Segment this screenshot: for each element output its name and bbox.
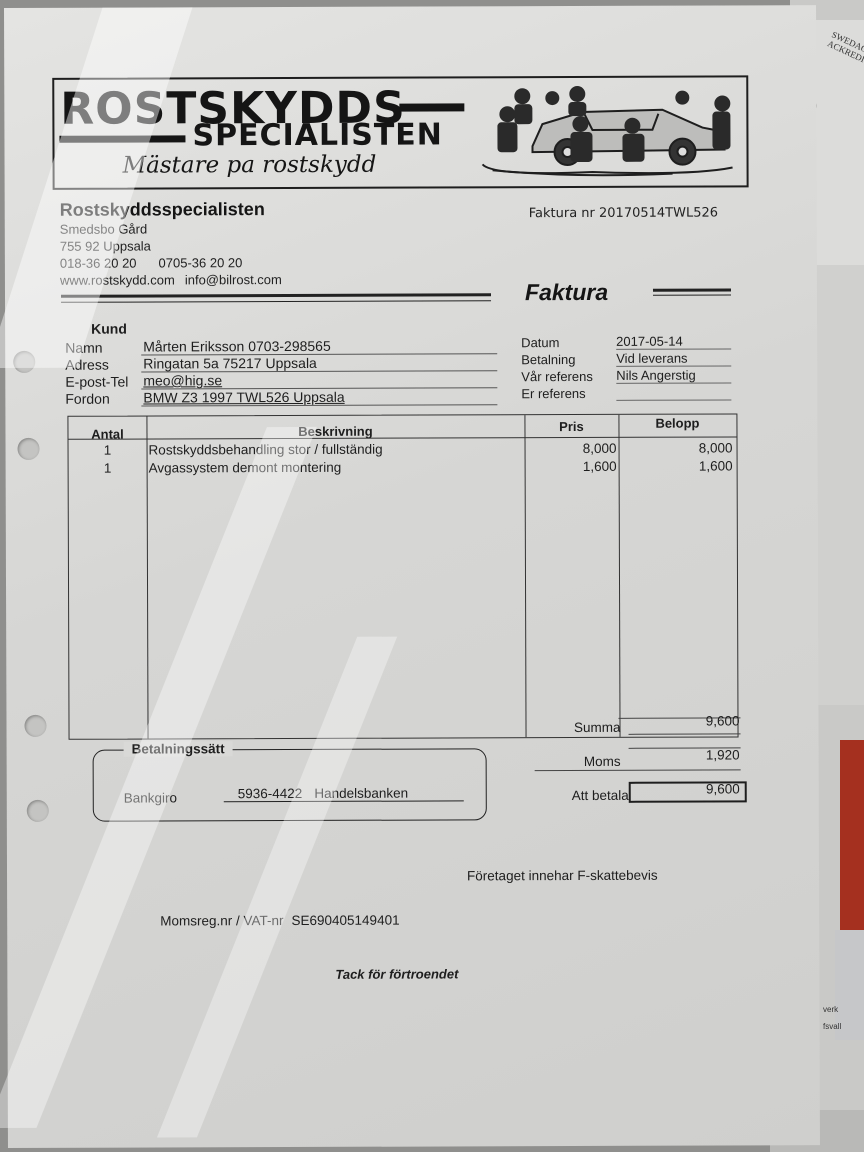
background-red-folder [840, 740, 864, 930]
field-label: E-post-Tel [65, 374, 141, 390]
f-tax-statement: Företaget innehar F-skattebevis [467, 868, 658, 884]
vat-registration: Momsreg.nr / VAT-nrSE690405149401 [160, 913, 399, 929]
customer-vehicle: BMW Z3 1997 TWL526 Uppsala [141, 388, 497, 406]
background-text: fsvall [823, 1022, 841, 1031]
item-qty: 1 [69, 443, 147, 458]
item-description: Rostskyddsbehandling stor / fullständig [149, 442, 383, 458]
customer-email: meo@hig.se [141, 371, 497, 389]
column-header-qty: Antal [68, 427, 146, 442]
customer-name-row: Namn Mårten Eriksson 0703-298565 [65, 337, 497, 356]
table-row: 1 Rostskyddsbehandling stor / fullständi… [69, 440, 737, 459]
item-amount: 8,000 [621, 440, 733, 455]
invoice-meta: Datum 2017-05-14 Betalning Vid leverans … [521, 332, 731, 401]
payment-terms: Vid leverans [616, 350, 731, 366]
item-price: 1,600 [525, 459, 617, 474]
amount-due-value: 9,600 [630, 781, 740, 796]
document-title: Faktura [525, 279, 608, 306]
item-description: Avgassystem demont montering [149, 460, 342, 476]
line-items-table: Antal Beskrivning Pris Belopp 1 Rostskyd… [67, 413, 738, 739]
column-header-description: Beskrivning [148, 423, 522, 439]
customer-name: Mårten Eriksson 0703-298565 [141, 337, 497, 355]
column-header-price: Pris [524, 419, 618, 434]
company-mobile: 0705-36 20 20 [158, 255, 242, 270]
punch-hole [18, 438, 40, 460]
customer-email-row: E-post-Tel meo@hig.se [65, 371, 497, 390]
company-phones: 018-36 20 200705-36 20 20 [60, 254, 282, 272]
company-postal: 755 92 Uppsala [60, 237, 282, 255]
customer-vehicle-text: BMW Z3 1997 TWL526 Uppsala [143, 389, 344, 406]
bankgiro-number: 5936-4422 [238, 786, 303, 801]
company-email: info@bilrost.com [185, 272, 282, 287]
punch-hole [27, 800, 49, 822]
logo-wordmark-line2: SPECIALISTEN [192, 120, 443, 151]
sum-value: 9,600 [629, 713, 739, 728]
customer-fields: Namn Mårten Eriksson 0703-298565 Adress … [65, 337, 497, 407]
company-website: www.rostskydd.com [60, 272, 175, 287]
meta-date-row: Datum 2017-05-14 [521, 332, 731, 350]
item-amount: 1,600 [621, 458, 733, 473]
divider [535, 769, 741, 771]
customer-address: Ringatan 5a 75217 Uppsala [141, 354, 497, 372]
company-logo-banner: ROSTSKYDDS SPECIALISTEN Mästare pa rosts… [52, 75, 748, 189]
invoice-paper: ROSTSKYDDS SPECIALISTEN Mästare pa rosts… [4, 5, 820, 1148]
thank-you-note: Tack för förtroendet [335, 966, 458, 981]
customer-vehicle-row: Fordon BMW Z3 1997 TWL526 Uppsala [65, 388, 497, 407]
logo-bar [59, 135, 185, 142]
payment-method-heading: Betalningssätt [124, 741, 233, 756]
meta-our-ref-row: Vår referens Nils Angerstig [521, 366, 731, 384]
vat-reg-label: Momsreg.nr / VAT-nr [160, 913, 283, 928]
punch-hole [24, 715, 46, 737]
logo-bar [399, 103, 464, 111]
field-label: Datum [521, 335, 616, 350]
field-label: Adress [65, 357, 141, 373]
table-row: 1 Avgassystem demont montering 1,600 1,6… [69, 458, 737, 477]
meta-your-ref-row: Er referens [521, 383, 731, 401]
logo-tagline: Mästare pa rostskydd [123, 152, 377, 179]
field-label: Fordon [65, 391, 141, 407]
vat-value: 1,920 [630, 747, 740, 762]
field-label: Namn [65, 340, 141, 356]
bank-name: Handelsbanken [314, 786, 408, 801]
bankgiro-label: Bankgiro [124, 790, 177, 805]
meta-payment-row: Betalning Vid leverans [521, 349, 731, 367]
field-label: Betalning [521, 352, 616, 367]
customer-heading: Kund [91, 321, 127, 337]
payment-method-box: Betalningssätt Bankgiro 5936-4422Handels… [93, 748, 487, 821]
item-qty: 1 [69, 461, 147, 476]
company-contact: www.rostskydd.cominfo@bilrost.com [60, 271, 282, 289]
company-street: Smedsbo Gård [60, 220, 282, 238]
amount-due-label: Att betala [539, 788, 629, 803]
background-text: verk [823, 1005, 838, 1014]
field-label: Vår referens [521, 369, 616, 384]
invoice-number: Faktura nr 20170514TWL526 [529, 206, 718, 222]
vat-reg-number: SE690405149401 [291, 913, 399, 928]
vat-label: Moms [531, 754, 621, 769]
company-phone: 018-36 20 20 [60, 256, 137, 271]
company-name: Rostskyddsspecialisten [60, 199, 282, 221]
divider [61, 293, 491, 303]
field-label: Er referens [521, 386, 616, 401]
customer-address-row: Adress Ringatan 5a 75217 Uppsala [65, 354, 497, 373]
mechanics-car-illustration-icon [472, 83, 742, 180]
bankgiro-value: 5936-4422Handelsbanken [224, 785, 464, 802]
divider [653, 288, 731, 295]
company-info: Rostskyddsspecialisten Smedsbo Gård 755 … [60, 199, 282, 289]
column-header-amount: Belopp [620, 415, 734, 430]
invoice-date: 2017-05-14 [616, 333, 731, 349]
punch-hole [13, 351, 35, 373]
our-reference: Nils Angerstig [616, 367, 731, 383]
sum-label: Summa [530, 720, 620, 735]
your-reference [616, 399, 731, 400]
customer-email-link: meo@hig.se [143, 372, 222, 388]
item-price: 8,000 [525, 441, 617, 456]
